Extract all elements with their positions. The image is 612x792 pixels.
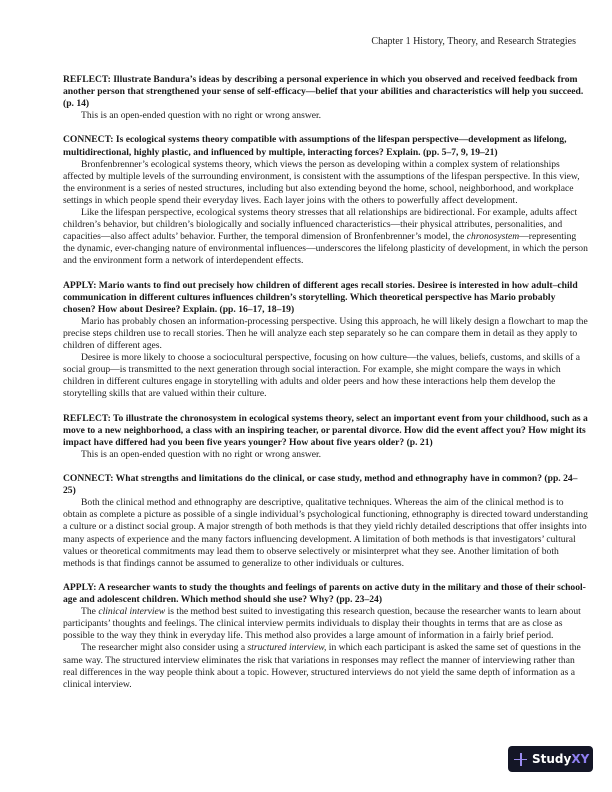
answer-text: The — [81, 606, 98, 617]
page-header: Chapter 1 History, Theory, and Research … — [371, 36, 576, 48]
italic-term: clinical interview — [98, 606, 165, 617]
answer-paragraph: Mario has probably chosen an information… — [63, 316, 588, 352]
plus-icon — [514, 753, 527, 766]
answer-text: The researcher might also consider using… — [81, 642, 248, 653]
answer-paragraph: Bronfenbrenner’s ecological systems theo… — [63, 159, 588, 207]
question-section-2: CONNECT: Is ecological systems theory co… — [63, 134, 588, 267]
brand-main: Study — [532, 752, 571, 766]
document-body: REFLECT: Illustrate Bandura’s ideas by d… — [63, 74, 588, 703]
question-section-6: APPLY: A researcher wants to study the t… — [63, 582, 588, 691]
answer-paragraph: The researcher might also consider using… — [63, 642, 588, 690]
studyxy-badge[interactable]: StudyXY — [508, 746, 593, 772]
question-text: APPLY: A researcher wants to study the t… — [63, 582, 588, 606]
question-text: CONNECT: Is ecological systems theory co… — [63, 134, 588, 158]
question-text: REFLECT: Illustrate Bandura’s ideas by d… — [63, 74, 588, 110]
italic-term: chronosystem — [467, 231, 519, 242]
question-text: APPLY: Mario wants to find out precisely… — [63, 280, 588, 316]
question-section-4: REFLECT: To illustrate the chronosystem … — [63, 413, 588, 461]
chapter-title: Chapter 1 History, Theory, and Research … — [371, 36, 576, 47]
answer-paragraph: This is an open-ended question with no r… — [63, 449, 588, 461]
answer-paragraph: This is an open-ended question with no r… — [63, 110, 588, 122]
question-section-3: APPLY: Mario wants to find out precisely… — [63, 280, 588, 401]
question-text: CONNECT: What strengths and limitations … — [63, 473, 588, 497]
answer-paragraph: Desiree is more likely to choose a socio… — [63, 352, 588, 400]
answer-paragraph: Like the lifespan perspective, ecologica… — [63, 207, 588, 267]
question-text: REFLECT: To illustrate the chronosystem … — [63, 413, 588, 449]
answer-paragraph: Both the clinical method and ethnography… — [63, 497, 588, 570]
question-section-5: CONNECT: What strengths and limitations … — [63, 473, 588, 570]
brand-accent: XY — [571, 752, 589, 766]
answer-paragraph: The clinical interview is the method bes… — [63, 606, 588, 642]
question-section-1: REFLECT: Illustrate Bandura’s ideas by d… — [63, 74, 588, 122]
italic-term: structured interview, — [248, 642, 327, 653]
